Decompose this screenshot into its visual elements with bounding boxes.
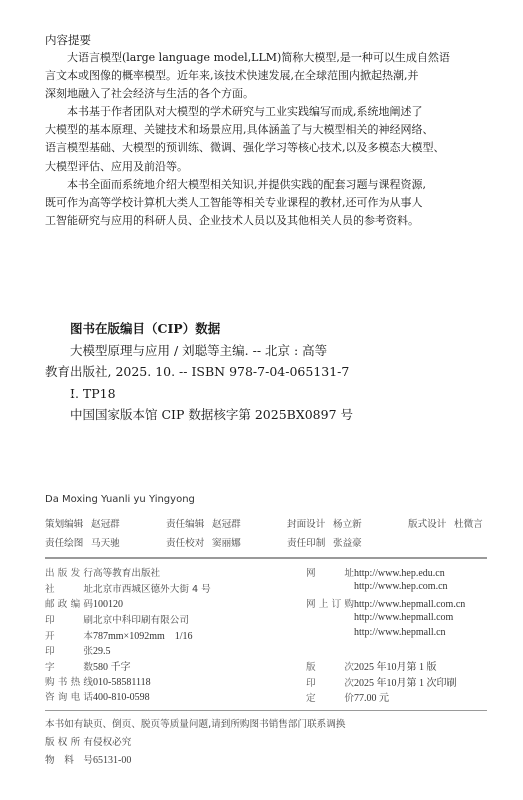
- pub-label: 出版发行: [45, 565, 93, 579]
- pub-row-printer: 印 刷北京中科印刷有限公司: [45, 612, 189, 626]
- pub-label: 印 次: [306, 675, 354, 689]
- pub-row-website: 网 址http://www.hep.edu.cn: [306, 565, 445, 579]
- text-line: 大模型的基本原理、关键技术和场景应用,具体涵盖了与大模型相关的神经网络、: [45, 121, 385, 139]
- material-label: 物 料 号: [45, 752, 93, 766]
- pub-value: 010-58581118: [93, 677, 151, 688]
- staff-label: 责任绘图: [45, 535, 91, 549]
- pub-value: 2025 年10月第 1 次印刷: [354, 678, 457, 689]
- pub-label: 字 数: [45, 659, 93, 673]
- cip-title: 图书在版编目（CIP）数据: [45, 318, 353, 340]
- text-line: 语言模型基础、大模型的预训练、微调、强化学习等核心技术,以及多模态大模型、: [45, 139, 385, 157]
- pub-value: 787mm×1092mm 1/16: [93, 631, 193, 642]
- pub-value: 580 千字: [93, 662, 131, 673]
- summary-paragraph-3: 本书全面而系统地介绍大模型相关知识,并提供实践的配套习题与课程资源, 既可作为高…: [45, 176, 385, 231]
- pub-value: 2025 年10月第 1 版: [354, 662, 437, 673]
- text-line: 大语言模型(large language model,LLM)简称大模型,是一种…: [45, 49, 385, 67]
- pub-value: 100120: [93, 599, 123, 610]
- copyright-row: 版权所有侵权必究: [45, 734, 131, 748]
- staff-label: 封面设计: [287, 516, 333, 530]
- order-link[interactable]: http://www.hepmall.cn: [354, 627, 446, 638]
- staff-name: 张益豪: [333, 538, 362, 549]
- pub-row-publisher: 出版发行高等教育出版社: [45, 565, 160, 579]
- order-link[interactable]: http://www.hepmall.com: [354, 612, 453, 623]
- pub-label: 网上订购: [306, 596, 354, 610]
- pub-row-online-order-3: http://www.hepmall.cn: [306, 627, 446, 638]
- cip-record-number: 中国国家版本馆 CIP 数据核字第 2025BX0897 号: [45, 404, 353, 426]
- summary-paragraph-1: 大语言模型(large language model,LLM)简称大模型,是一种…: [45, 49, 385, 104]
- pub-value: 北京市西城区德外大街 4 号: [93, 584, 211, 595]
- divider: [45, 557, 487, 559]
- pub-label: 购书热线: [45, 674, 93, 688]
- pub-label: 印 刷: [45, 612, 93, 626]
- pub-label: 咨询电话: [45, 689, 93, 703]
- staff-cover-design: 封面设计杨立新: [287, 516, 362, 530]
- pub-value: 29.5: [93, 646, 111, 657]
- summary-paragraph-2: 本书基于作者团队对大模型的学术研究与工业实践编写而成,系统地阐述了 大模型的基本…: [45, 103, 385, 176]
- pub-row-sheets: 印 张29.5: [45, 643, 111, 657]
- divider: [45, 710, 487, 711]
- pub-row-website-2: http://www.hep.com.cn: [306, 581, 448, 592]
- pub-label: 网 址: [306, 565, 354, 579]
- staff-printing: 责任印制张益豪: [287, 535, 362, 549]
- staff-name: 窦丽娜: [212, 538, 241, 549]
- cip-line: 大模型原理与应用 / 刘聪等主编. -- 北京 : 高等: [45, 340, 353, 362]
- pub-row-online-order-2: http://www.hepmall.com: [306, 612, 453, 623]
- pub-label: 社 址: [45, 581, 93, 595]
- summary-title: 内容提要: [45, 32, 91, 48]
- price-value: 77.00 元: [354, 693, 389, 704]
- pub-label: 印 张: [45, 643, 93, 657]
- pub-row-consult-phone: 咨询电话400-810-0598: [45, 689, 150, 703]
- cip-classification: Ⅰ. TP18: [45, 383, 353, 405]
- staff-proofreading: 责任校对窦丽娜: [166, 535, 241, 549]
- text-line: 深刻地融入了社会经济与生活的各个方面。: [45, 85, 385, 103]
- cip-block: 图书在版编目（CIP）数据 大模型原理与应用 / 刘聪等主编. -- 北京 : …: [45, 318, 353, 426]
- pub-label: 开 本: [45, 628, 93, 642]
- staff-label: 责任校对: [166, 535, 212, 549]
- pub-value: 北京中科印刷有限公司: [93, 615, 189, 626]
- text-line: 既可作为高等学校计算机大类人工智能等相关专业课程的教材,还可作为从事人: [45, 194, 385, 212]
- staff-name: 杜微言: [454, 519, 483, 530]
- text-line: 本书基于作者团队对大模型的学术研究与工业实践编写而成,系统地阐述了: [45, 103, 385, 121]
- website-link[interactable]: http://www.hep.com.cn: [354, 581, 448, 592]
- scan-speck: [71, 394, 73, 396]
- text-line: 大模型评估、应用及前沿等。: [45, 158, 385, 176]
- staff-planning-editor: 策划编辑赵冠群: [45, 516, 120, 530]
- copyright-value: 侵权必究: [93, 737, 131, 748]
- pub-row-hotline: 购书热线010-58581118: [45, 674, 151, 688]
- pub-row-edition: 版 次2025 年10月第 1 版: [306, 658, 437, 673]
- pub-row-format: 开 本787mm×1092mm 1/16: [45, 627, 193, 642]
- pub-label: 邮政编码: [45, 596, 93, 610]
- staff-illustration: 责任绘图马天驰: [45, 535, 120, 549]
- material-number-row: 物 料 号65131-00: [45, 752, 131, 766]
- staff-layout-design: 版式设计杜微言: [408, 516, 483, 530]
- pub-row-printing: 印 次2025 年10月第 1 次印刷: [306, 674, 457, 689]
- pub-row-price: 定 价77.00 元: [306, 689, 389, 704]
- staff-label: 策划编辑: [45, 516, 91, 530]
- staff-name: 杨立新: [333, 519, 362, 530]
- staff-label: 责任印制: [287, 535, 333, 549]
- pub-row-online-order: 网上订购http://www.hepmall.com.cn: [306, 596, 465, 610]
- quality-notice: 本书如有缺页、倒页、脱页等质量问题,请到所购图书销售部门联系调换: [45, 716, 345, 730]
- pub-label: 定 价: [306, 690, 354, 704]
- copyright-label: 版权所有: [45, 734, 93, 748]
- website-link[interactable]: http://www.hep.edu.cn: [354, 568, 445, 579]
- staff-label: 版式设计: [408, 516, 454, 530]
- staff-responsible-editor: 责任编辑赵冠群: [166, 516, 241, 530]
- pub-row-address: 社 址北京市西城区德外大街 4 号: [45, 581, 211, 595]
- pinyin-title: Da Moxing Yuanli yu Yingyong: [45, 494, 195, 505]
- pub-row-postcode: 邮政编码100120: [45, 596, 123, 610]
- order-link[interactable]: http://www.hepmall.com.cn: [354, 599, 465, 610]
- staff-name: 马天驰: [91, 538, 120, 549]
- pub-row-word-count: 字 数580 千字: [45, 658, 131, 673]
- pub-value: 高等教育出版社: [93, 568, 160, 579]
- text-line: 工智能研究与应用的科研人员、企业技术人员以及其他相关人员的参考资料。: [45, 212, 385, 230]
- material-value: 65131-00: [93, 755, 131, 766]
- staff-name: 赵冠群: [212, 519, 241, 530]
- pub-label: 版 次: [306, 659, 354, 673]
- text-line: 言文本或图像的概率模型。近年来,该技术快速发展,在全球范围内掀起热潮,并: [45, 67, 385, 85]
- text-line: 本书全面而系统地介绍大模型相关知识,并提供实践的配套习题与课程资源,: [45, 176, 385, 194]
- staff-label: 责任编辑: [166, 516, 212, 530]
- staff-name: 赵冠群: [91, 519, 120, 530]
- pub-value: 400-810-0598: [93, 692, 150, 703]
- cip-line: 教育出版社, 2025. 10. -- ISBN 978-7-04-065131…: [45, 361, 353, 383]
